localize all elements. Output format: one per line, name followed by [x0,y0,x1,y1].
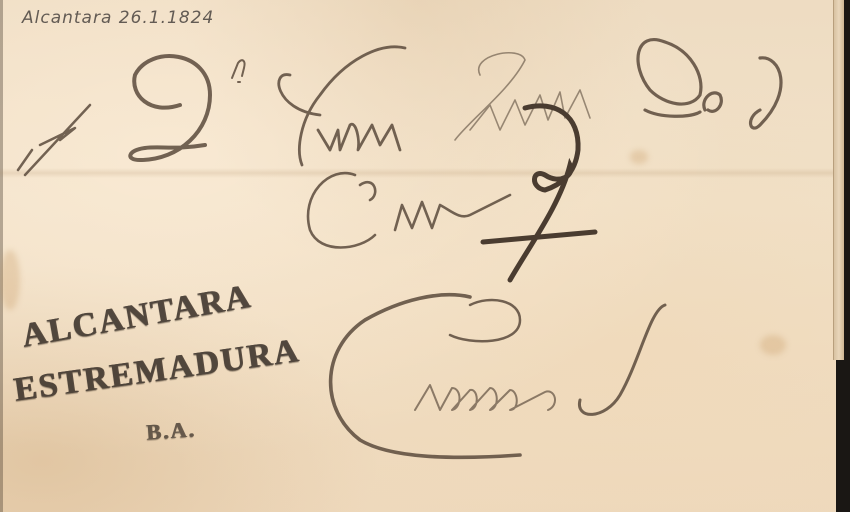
script-letter-d [130,56,210,160]
manuscript-address [0,0,850,512]
script-letter-a [18,105,90,175]
rate-mark-2 [483,106,595,280]
